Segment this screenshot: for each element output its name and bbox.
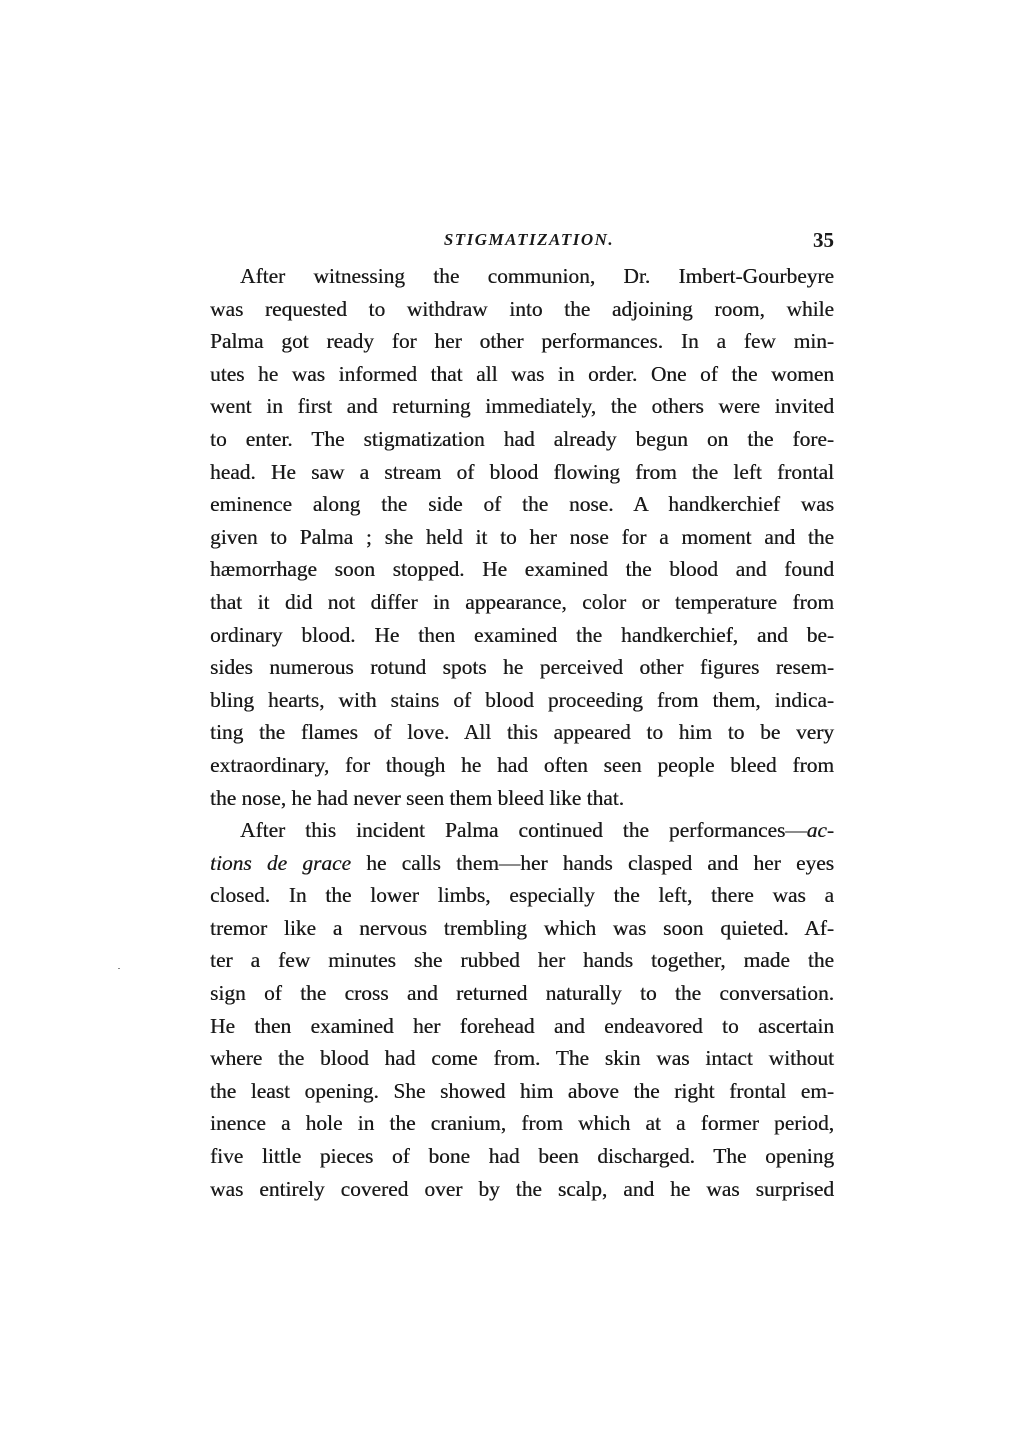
text-run: After this incident Palma continued the … (240, 818, 807, 842)
running-head: STIGMATIZATION. 35 (210, 226, 834, 256)
text-line: ting the flames of love. All this appear… (210, 716, 834, 749)
text-line: five little pieces of bone had been disc… (210, 1140, 834, 1173)
text-line: After witnessing the communion, Dr. Imbe… (210, 260, 834, 293)
paragraph-1: After witnessing the communion, Dr. Imbe… (210, 260, 834, 814)
running-title: STIGMATIZATION. (210, 230, 834, 250)
text-line: sign of the cross and returned naturally… (210, 977, 834, 1010)
text-line: inence a hole in the cranium, from which… (210, 1107, 834, 1140)
text-line: ter a few minutes she rubbed her hands t… (210, 944, 834, 977)
italic-phrase: tions de grace (210, 851, 351, 875)
text-line: went in first and returning immediately,… (210, 390, 834, 423)
page-number: 35 (813, 228, 834, 253)
italic-phrase: ac- (807, 818, 834, 842)
text-line: closed. In the lower limbs, especially t… (210, 879, 834, 912)
text-line: ordinary blood. He then examined the han… (210, 619, 834, 652)
text-line: After this incident Palma continued the … (210, 814, 834, 847)
text-line: hæmorrhage soon stopped. He examined the… (210, 553, 834, 586)
text-line: sides numerous rotund spots he perceived… (210, 651, 834, 684)
text-line: the nose, he had never seen them bleed l… (210, 782, 834, 815)
text-line: eminence along the side of the nose. A h… (210, 488, 834, 521)
text-line: head. He saw a stream of blood flowing f… (210, 456, 834, 489)
text-line: that it did not differ in appearance, co… (210, 586, 834, 619)
paragraph-2: After this incident Palma continued the … (210, 814, 834, 1205)
text-line: tions de grace he calls them—her hands c… (210, 847, 834, 880)
text-line: where the blood had come from. The skin … (210, 1042, 834, 1075)
text-run: he calls them—her hands clasped and her … (351, 851, 834, 875)
text-line: was requested to withdraw into the adjoi… (210, 293, 834, 326)
text-line: utes he was informed that all was in ord… (210, 358, 834, 391)
text-line: extraordinary, for though he had often s… (210, 749, 834, 782)
text-line: to enter. The stigmatization had already… (210, 423, 834, 456)
text-line: the least opening. She showed him above … (210, 1075, 834, 1108)
book-page: STIGMATIZATION. 35 After witnessing the … (210, 226, 834, 1205)
text-line: tremor like a nervous trembling which wa… (210, 912, 834, 945)
margin-speck (118, 968, 120, 969)
text-line: He then examined her forehead and endeav… (210, 1010, 834, 1043)
text-line: bling hearts, with stains of blood proce… (210, 684, 834, 717)
text-line: was entirely covered over by the scalp, … (210, 1173, 834, 1206)
text-line: Palma got ready for her other performanc… (210, 325, 834, 358)
text-line: given to Palma ; she held it to her nose… (210, 521, 834, 554)
